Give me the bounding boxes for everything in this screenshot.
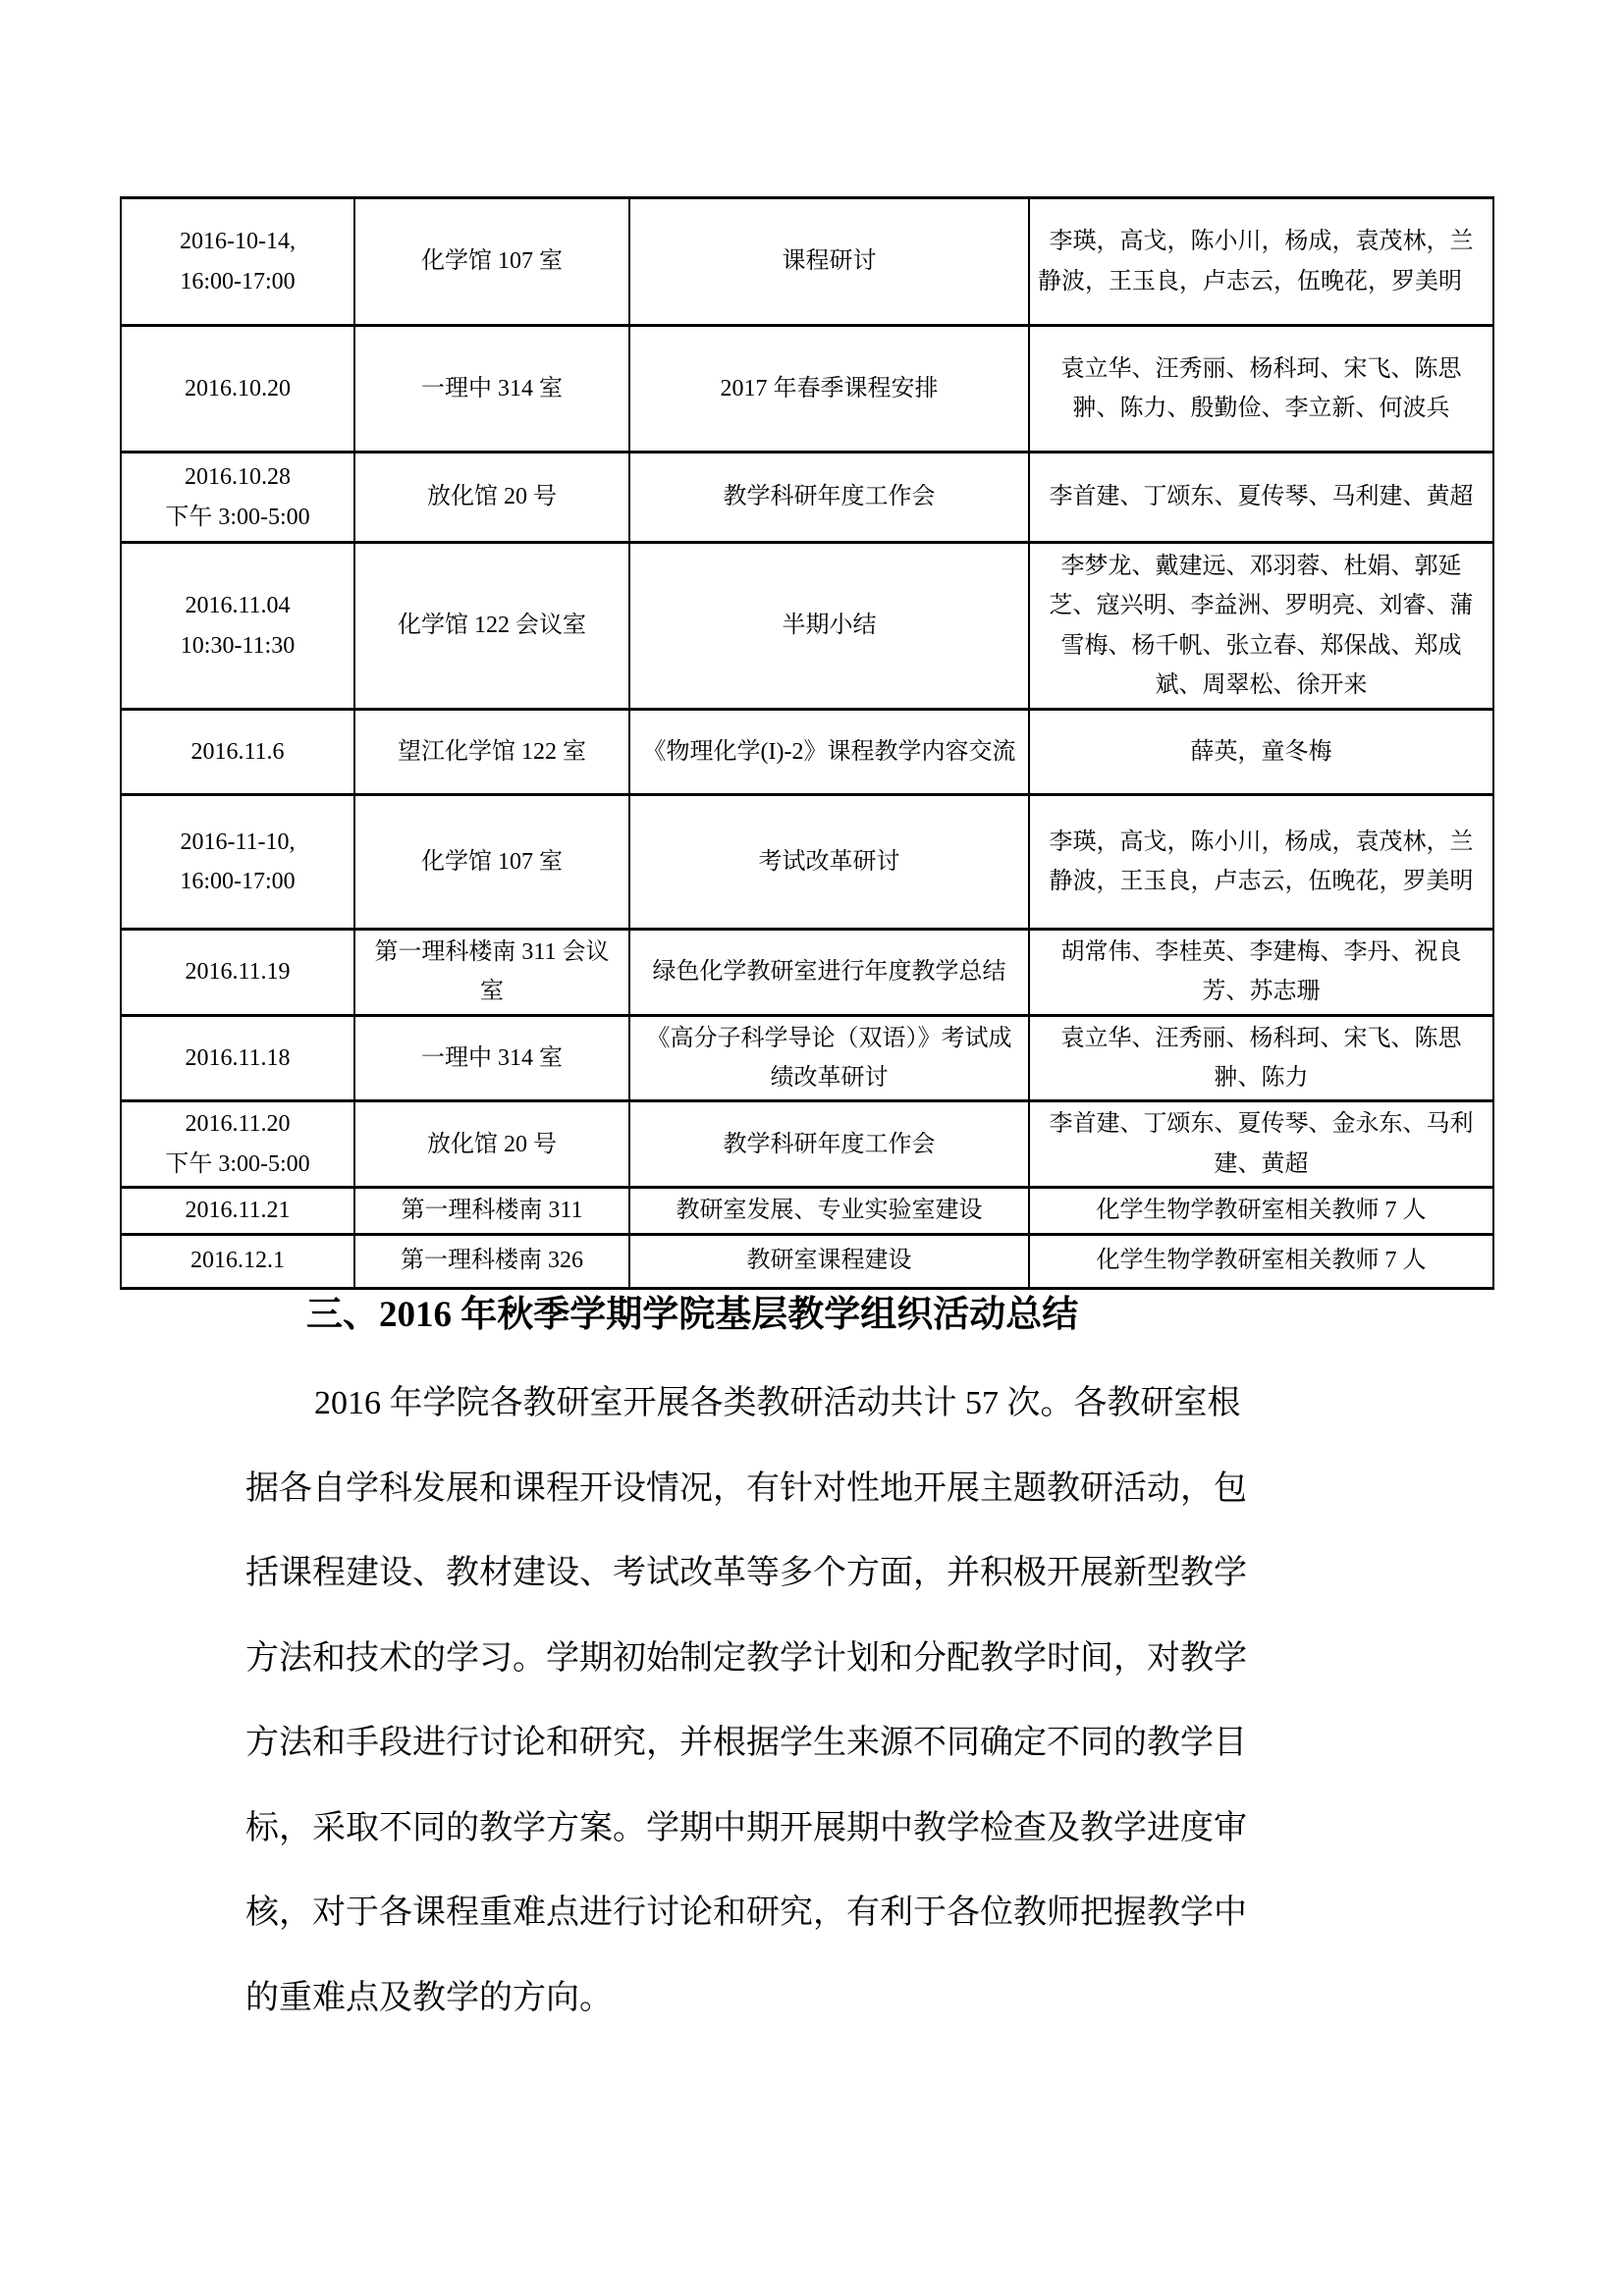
body-line: 的重难点及教学的方向。: [245, 1956, 1394, 2042]
cell-location: 第一理科楼南 311: [354, 1188, 629, 1234]
cell-date: 2016.10.28 下午 3:00-5:00: [121, 453, 354, 543]
cell-date: 2016.11.18: [121, 1015, 354, 1101]
body-paragraph: 2016 年学院各教研室开展各类教研活动共计 57 次。各教研室根 据各自学科发…: [245, 1362, 1394, 2041]
cell-date: 2016.11.19: [121, 930, 354, 1016]
cell-topic: 《物理化学(I)-2》课程教学内容交流: [629, 710, 1029, 795]
table-row: 2016.10.28 下午 3:00-5:00 放化馆 20 号 教学科研年度工…: [121, 453, 1493, 543]
cell-participants: 李瑛，高戈，陈小川，杨成，袁茂林，兰静波，王玉良，卢志云，伍晚花，罗美明: [1029, 795, 1493, 930]
body-line: 方法和手段进行讨论和研究，并根据学生来源不同确定不同的教学目: [245, 1701, 1394, 1787]
body-line: 据各自学科发展和课程开设情况，有针对性地开展主题教研活动，包: [245, 1447, 1394, 1532]
cell-topic: 《高分子科学导论（双语）》考试成绩改革研讨: [629, 1015, 1029, 1101]
cell-topic: 教学科研年度工作会: [629, 453, 1029, 543]
cell-location: 化学馆 122 会议室: [354, 543, 629, 710]
body-line: 2016 年学院各教研室开展各类教研活动共计 57 次。各教研室根: [245, 1362, 1394, 1447]
cell-topic: 教学科研年度工作会: [629, 1101, 1029, 1188]
body-line: 方法和技术的学习。学期初始制定教学计划和分配教学时间，对教学: [245, 1617, 1394, 1702]
body-line: 核，对于各课程重难点进行讨论和研究，有利于各位教师把握教学中: [245, 1871, 1394, 1956]
cell-topic: 绿色化学教研室进行年度教学总结: [629, 930, 1029, 1016]
cell-date: 2016.11.6: [121, 710, 354, 795]
body-line: 括课程建设、教材建设、考试改革等多个方面，并积极开展新型教学: [245, 1531, 1394, 1617]
cell-date: 2016.11.20 下午 3:00-5:00: [121, 1101, 354, 1188]
cell-topic: 课程研讨: [629, 198, 1029, 326]
cell-participants: 袁立华、汪秀丽、杨科珂、宋飞、陈思翀、陈力、殷勤俭、李立新、何波兵: [1029, 326, 1493, 453]
table-row: 2016.11.19 第一理科楼南 311 会议室 绿色化学教研室进行年度教学总…: [121, 930, 1493, 1016]
cell-participants: 李首建、丁颂东、夏传琴、马利建、黄超: [1029, 453, 1493, 543]
cell-date: 2016.10.20: [121, 326, 354, 453]
cell-date: 2016.11.04 10:30-11:30: [121, 543, 354, 710]
cell-participants: 化学生物学教研室相关教师 7 人: [1029, 1234, 1493, 1288]
cell-location: 化学馆 107 室: [354, 795, 629, 930]
section-heading: 三、2016 年秋季学期学院基层教学组织活动总结: [306, 1294, 1078, 1337]
cell-participants: 化学生物学教研室相关教师 7 人: [1029, 1188, 1493, 1234]
cell-participants: 薛英，童冬梅: [1029, 710, 1493, 795]
cell-participants: 袁立华、汪秀丽、杨科珂、宋飞、陈思翀、陈力: [1029, 1015, 1493, 1101]
cell-location: 放化馆 20 号: [354, 1101, 629, 1188]
cell-topic: 半期小结: [629, 543, 1029, 710]
table-row: 2016.12.1 第一理科楼南 326 教研室课程建设 化学生物学教研室相关教…: [121, 1234, 1493, 1288]
cell-participants: 李梦龙、戴建远、邓羽蓉、杜娟、郭延芝、寇兴明、李益洲、罗明亮、刘睿、蒲雪梅、杨千…: [1029, 543, 1493, 710]
cell-topic: 考试改革研讨: [629, 795, 1029, 930]
cell-date: 2016-11-10, 16:00-17:00: [121, 795, 354, 930]
document-page: 2016-10-14, 16:00-17:00 化学馆 107 室 课程研讨 李…: [0, 0, 1624, 2296]
cell-participants: 李瑛，高戈，陈小川，杨成，袁茂林，兰静波，王玉良，卢志云，伍晚花，罗美明: [1029, 198, 1493, 326]
body-line: 标，采取不同的教学方案。学期中期开展期中教学检查及教学进度审: [245, 1787, 1394, 1872]
cell-date: 2016.12.1: [121, 1234, 354, 1288]
cell-location: 一理中 314 室: [354, 1015, 629, 1101]
cell-location: 一理中 314 室: [354, 326, 629, 453]
cell-participants: 李首建、丁颂东、夏传琴、金永东、马利建、黄超: [1029, 1101, 1493, 1188]
table-row: 2016.11.18 一理中 314 室 《高分子科学导论（双语）》考试成绩改革…: [121, 1015, 1493, 1101]
table-row: 2016-11-10, 16:00-17:00 化学馆 107 室 考试改革研讨…: [121, 795, 1493, 930]
table-row: 2016.10.20 一理中 314 室 2017 年春季课程安排 袁立华、汪秀…: [121, 326, 1493, 453]
activity-table: 2016-10-14, 16:00-17:00 化学馆 107 室 课程研讨 李…: [120, 196, 1494, 1290]
cell-location: 第一理科楼南 326: [354, 1234, 629, 1288]
table-row: 2016.11.21 第一理科楼南 311 教研室发展、专业实验室建设 化学生物…: [121, 1188, 1493, 1234]
table-row: 2016.11.6 望江化学馆 122 室 《物理化学(I)-2》课程教学内容交…: [121, 710, 1493, 795]
cell-location: 放化馆 20 号: [354, 453, 629, 543]
table-row: 2016.11.04 10:30-11:30 化学馆 122 会议室 半期小结 …: [121, 543, 1493, 710]
table-row: 2016.11.20 下午 3:00-5:00 放化馆 20 号 教学科研年度工…: [121, 1101, 1493, 1188]
cell-location: 第一理科楼南 311 会议室: [354, 930, 629, 1016]
cell-topic: 教研室发展、专业实验室建设: [629, 1188, 1029, 1234]
cell-topic: 2017 年春季课程安排: [629, 326, 1029, 453]
cell-date: 2016.11.21: [121, 1188, 354, 1234]
cell-participants: 胡常伟、李桂英、李建梅、李丹、祝良芳、苏志珊: [1029, 930, 1493, 1016]
cell-date: 2016-10-14, 16:00-17:00: [121, 198, 354, 326]
cell-location: 望江化学馆 122 室: [354, 710, 629, 795]
cell-topic: 教研室课程建设: [629, 1234, 1029, 1288]
table-row: 2016-10-14, 16:00-17:00 化学馆 107 室 课程研讨 李…: [121, 198, 1493, 326]
cell-location: 化学馆 107 室: [354, 198, 629, 326]
